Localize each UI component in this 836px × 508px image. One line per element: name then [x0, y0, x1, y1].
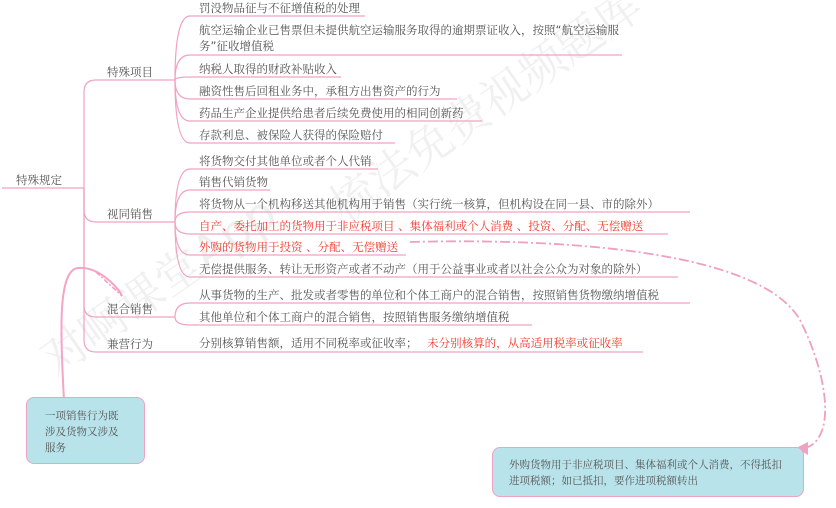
leaf-text: 分别核算销售额，适用不同税率或征收率；	[199, 336, 418, 350]
callout-mixed-sales: 一项销售行为既涉及货物又涉及服务	[26, 397, 145, 464]
leaf-item: 将货物从一个机构移送其他机构用于销售（实行统一核算，但机构设在同一县、市的除外）	[199, 196, 659, 212]
leaf-item: 将货物交付其他单位或者个人代销	[199, 153, 372, 169]
branch-mixed-sales: 混合销售	[107, 301, 153, 317]
branch-special-items: 特殊项目	[107, 64, 153, 80]
leaf-item: 从事货物的生产、批发或者零售的单位和个体工商户的混合销售，按照销售货物缴纳增值税	[199, 287, 659, 303]
branch-deemed-sales: 视同销售	[107, 206, 153, 222]
leaf-item: 销售代销货物	[199, 174, 268, 190]
leaf-item: 航空运输企业已售票但未提供航空运输服务取得的逾期票证收入，按照“航空运输服务”征…	[199, 22, 639, 54]
leaf-item: 分别核算销售额，适用不同税率或征收率； 未分别核算的，从高适用税率或征收率	[199, 335, 623, 351]
leaf-item-highlight: 外购的货物用于投资 、分配、无偿赠送	[199, 239, 398, 255]
leaf-text-highlight: 未分别核算的，从高适用税率或征收率	[427, 336, 623, 350]
leaf-item: 其他单位和个体工商户的混合销售，按照销售服务缴纳增值税	[199, 309, 510, 325]
root-node: 特殊规定	[16, 172, 62, 188]
leaf-item: 纳税人取得的财政补贴收入	[199, 61, 337, 77]
leaf-item-highlight: 自产、委托加工的货物用于非应税项目 、集体福利或个人消费 、投资、分配、无偿赠送	[199, 218, 643, 234]
leaf-item: 存款利息、被保险人获得的保险赔付	[199, 127, 383, 143]
leaf-item: 药品生产企业提供给患者后续免费使用的相同创新药	[199, 105, 464, 121]
branch-concurrent-operations: 兼营行为	[107, 336, 153, 352]
leaf-item: 融资性售后回租业务中，承租方出售资产的行为	[199, 83, 441, 99]
callout-text: 外购货物用于非应税项目、集体福利或个人消费，不得抵扣进项税额；如已抵扣，要作进项…	[509, 459, 782, 487]
leaf-item: 无偿提供服务、转让无形资产或者不动产（用于公益事业或者以社会公众为对象的除外）	[199, 261, 648, 277]
leaf-item: 罚没物品征与不征增值税的处理	[199, 0, 360, 16]
callout-text: 一项销售行为既涉及货物又涉及服务	[45, 410, 119, 454]
callout-purchased-goods: 外购货物用于非应税项目、集体福利或个人消费，不得抵扣进项税额；如已抵扣，要作进项…	[492, 447, 804, 497]
